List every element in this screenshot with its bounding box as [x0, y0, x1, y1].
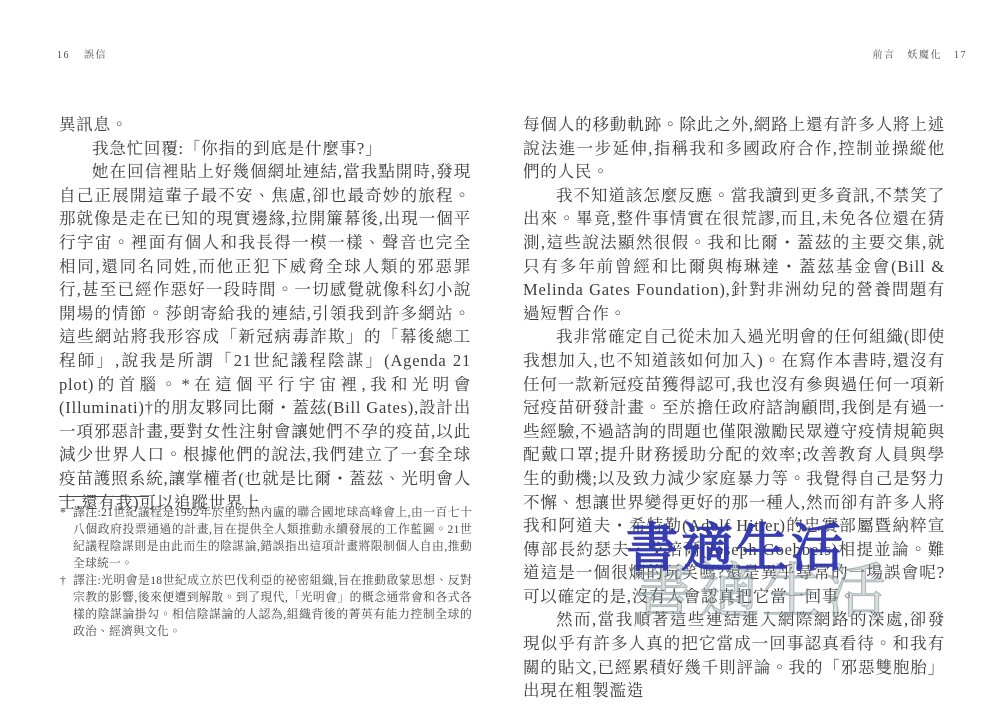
right-page-number: 17: [954, 50, 967, 62]
paragraph: 異訊息。: [59, 113, 471, 137]
footnote-text: 譯注:21世紀議程是1992年於里約熱內盧的聯合國地球高峰會上,由一百七十八個政…: [73, 505, 472, 570]
section-label: 前言: [873, 50, 896, 62]
paragraph: 每個人的移動軌跡。除此之外,網路上還有許多人將上述說法進一步延伸,指稱我和多國政…: [523, 113, 945, 184]
left-page-text: 異訊息。 我急忙回覆:「你指的到底是什麼事?」 她在回信裡貼上好幾個網址連結,當…: [59, 113, 471, 514]
footnote-block: * 譯注:21世紀議程是1992年於里約熱內盧的聯合國地球高峰會上,由一百七十八…: [59, 496, 472, 640]
right-running-head: 前言 妖魔化 17: [873, 50, 968, 62]
footnote-divider: [59, 496, 149, 497]
footnote-list: * 譯注:21世紀議程是1992年於里約熱內盧的聯合國地球高峰會上,由一百七十八…: [59, 504, 472, 640]
footnote: † 譯注:光明會是18世紀成立於巴伐利亞的祕密組織,旨在推動啟蒙思想、反對宗教的…: [59, 572, 472, 640]
paragraph: 然而,當我順著這些連結進入網際網路的深處,卻發現似乎有許多人真的把它當成一回事認…: [523, 608, 945, 702]
paragraph: 我急忙回覆:「你指的到底是什麼事?」: [59, 137, 471, 161]
chapter-label: 妖魔化: [908, 50, 943, 62]
footnote-marker: †: [60, 572, 66, 589]
footnote: * 譯注:21世紀議程是1992年於里約熱內盧的聯合國地球高峰會上,由一百七十八…: [59, 504, 472, 572]
paragraph: 我非常確定自己從未加入過光明會的任何組織(即使我想加入,也不知道該如何加入)。在…: [523, 325, 945, 608]
book-spread: 16 誤信 前言 妖魔化 17 異訊息。 我急忙回覆:「你指的到底是什麼事?」 …: [0, 0, 1000, 707]
footnote-text: 譯注:光明會是18世紀成立於巴伐利亞的祕密組織,旨在推動啟蒙思想、反對宗教的影響…: [73, 573, 472, 638]
paragraph: 她在回信裡貼上好幾個網址連結,當我點開時,發現自己正展開這輩子最不安、焦慮,卻也…: [59, 160, 471, 514]
footnote-marker: *: [60, 504, 66, 521]
right-page-text: 每個人的移動軌跡。除此之外,網路上還有許多人將上述說法進一步延伸,指稱我和多國政…: [523, 113, 945, 703]
paragraph: 我不知道該怎麼反應。當我讀到更多資訊,不禁笑了出來。畢竟,整件事情實在很荒謬,而…: [523, 184, 945, 326]
book-title: 誤信: [84, 50, 107, 62]
left-running-head: 16 誤信: [57, 50, 107, 62]
left-page-number: 16: [57, 50, 70, 62]
